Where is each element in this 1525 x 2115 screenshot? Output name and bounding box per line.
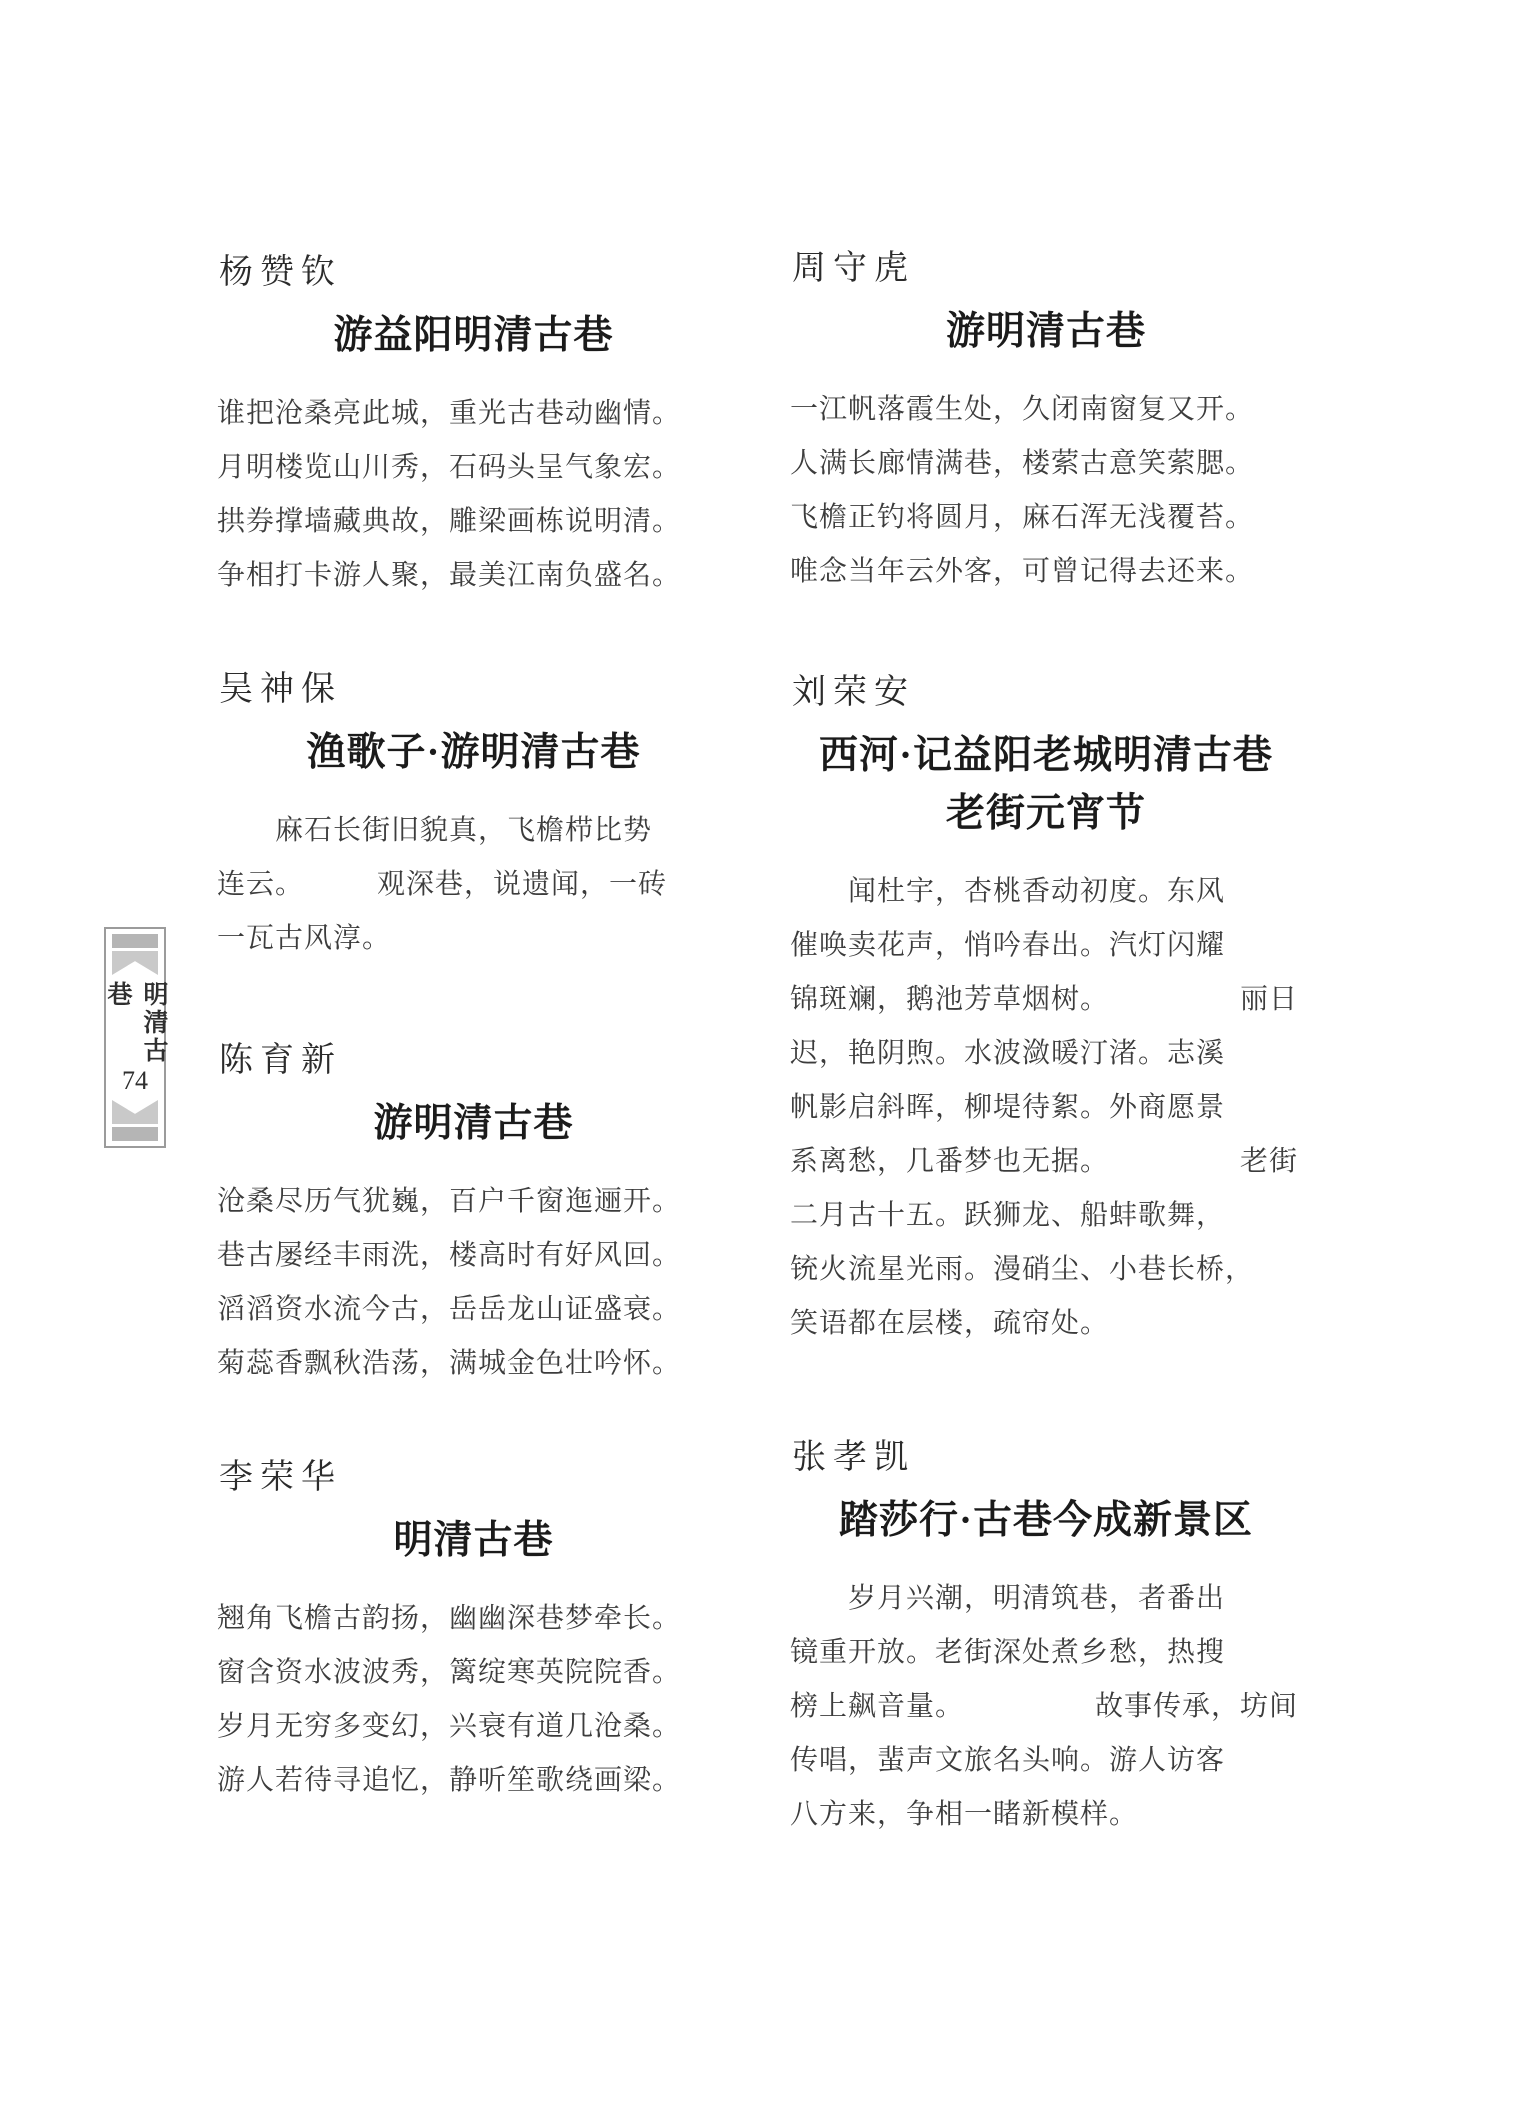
poem-line: 传唱，蜚声文旅名头响。游人访客 xyxy=(790,1734,1302,1788)
poem-title: 西河·记益阳老城明清古巷 xyxy=(790,731,1302,781)
poem-line: 人满长廊情满巷，楼萦古意笑萦腮。 xyxy=(790,437,1302,491)
tab-top-bar xyxy=(112,934,158,948)
poem-line: 岁月无穷多变幻，兴衰有道几沧桑。 xyxy=(217,1700,730,1754)
poem-line: 连云。 观深巷，说遗闻，一砖 xyxy=(217,858,730,912)
poem-body: 岁月兴潮，明清筑巷，者番出 镜重开放。老街深处煮乡愁，热搜 榜上飙音量。 故事传… xyxy=(790,1572,1302,1842)
tab-top-ribbon xyxy=(112,951,158,975)
poem-body: 谁把沧桑亮此城，重光古巷动幽情。 月明楼览山川秀，石码头呈气象宏。 拱券撑墙藏典… xyxy=(217,387,730,603)
tab-bottom-bar xyxy=(112,1127,158,1141)
poem-yangzanqin: 杨赞钦 游益阳明清古巷 谁把沧桑亮此城，重光古巷动幽情。 月明楼览山川秀，石码头… xyxy=(217,253,730,603)
poem-zhangxiaokai: 张孝凯 踏莎行·古巷今成新景区 岁月兴潮，明清筑巷，者番出 镜重开放。老街深处煮… xyxy=(790,1438,1302,1842)
poem-line: 岁月兴潮，明清筑巷，者番出 xyxy=(790,1572,1302,1626)
poem-line: 八方来，争相一睹新模样。 xyxy=(790,1788,1302,1842)
poem-line: 游人若待寻追忆，静听笙歌绕画梁。 xyxy=(217,1754,730,1808)
poem-line: 一瓦古风淳。 xyxy=(217,912,730,966)
poem-wushenbao: 吴神保 渔歌子·游明清古巷 麻石长街旧貌真，飞檐栉比势 连云。 观深巷，说遗闻，… xyxy=(217,670,730,966)
poem-line: 笑语都在层楼，疏帘处。 xyxy=(790,1297,1302,1351)
poem-body: 翘角飞檐古韵扬，幽幽深巷梦牵长。 窗含资水波波秀，篱绽寒英院院香。 岁月无穷多变… xyxy=(217,1592,730,1808)
poem-author: 周守虎 xyxy=(792,249,1302,289)
poem-zhoushouhu: 周守虎 游明清古巷 一江帆落霞生处，久闭南窗复又开。 人满长廊情满巷，楼萦古意笑… xyxy=(790,249,1302,599)
poem-title: 踏莎行·古巷今成新景区 xyxy=(790,1496,1302,1546)
book-page: 明清古巷 74 杨赞钦 游益阳明清古巷 谁把沧桑亮此城，重光古巷动幽情。 月明楼… xyxy=(0,0,1525,2115)
poem-line: 镜重开放。老街深处煮乡愁，热搜 xyxy=(790,1626,1302,1680)
poem-line: 榜上飙音量。 故事传承，坊间 xyxy=(790,1680,1302,1734)
poem-line: 铳火流星光雨。漫硝尘、小巷长桥， xyxy=(790,1243,1302,1297)
poem-author: 刘荣安 xyxy=(792,673,1302,713)
poem-lironghua: 李荣华 明清古巷 翘角飞檐古韵扬，幽幽深巷梦牵长。 窗含资水波波秀，篱绽寒英院院… xyxy=(217,1458,730,1808)
poem-line: 迟，艳阴煦。水波潋暖汀渚。志溪 xyxy=(790,1027,1302,1081)
poem-line: 滔滔资水流今古，岳岳龙山证盛衰。 xyxy=(217,1283,730,1337)
poem-line: 帆影启斜晖，柳堤待絮。外商愿景 xyxy=(790,1081,1302,1135)
poem-author: 张孝凯 xyxy=(792,1438,1302,1478)
poem-body: 沧桑尽历气犹巍，百户千窗迤逦开。 巷古屡经丰雨洗，楼高时有好风回。 滔滔资水流今… xyxy=(217,1175,730,1391)
poem-line: 锦斑斓，鹅池芳草烟树。 丽日 xyxy=(790,973,1302,1027)
poem-body: 闻杜宇，杏桃香动初度。东风 催唤卖花声，悄吟春出。汽灯闪耀 锦斑斓，鹅池芳草烟树… xyxy=(790,865,1302,1351)
poem-author: 陈育新 xyxy=(219,1041,730,1081)
poem-liurongan: 刘荣安 西河·记益阳老城明清古巷 老街元宵节 闻杜宇，杏桃香动初度。东风 催唤卖… xyxy=(790,673,1302,1351)
poem-body: 麻石长街旧貌真，飞檐栉比势 连云。 观深巷，说遗闻，一砖 一瓦古风淳。 xyxy=(217,804,730,966)
poem-line: 沧桑尽历气犹巍，百户千窗迤逦开。 xyxy=(217,1175,730,1229)
poem-line: 月明楼览山川秀，石码头呈气象宏。 xyxy=(217,441,730,495)
poem-author: 杨赞钦 xyxy=(219,253,730,293)
poem-line: 二月古十五。跃狮龙、船蚌歌舞， xyxy=(790,1189,1302,1243)
poem-author: 吴神保 xyxy=(219,670,730,710)
poem-line: 窗含资水波波秀，篱绽寒英院院香。 xyxy=(217,1646,730,1700)
poem-line: 唯念当年云外客，可曾记得去还来。 xyxy=(790,545,1302,599)
poem-line: 菊蕊香飘秋浩荡，满城金色壮吟怀。 xyxy=(217,1337,730,1391)
poem-title: 游明清古巷 xyxy=(790,307,1302,357)
poem-line: 争相打卡游人聚，最美江南负盛名。 xyxy=(217,549,730,603)
poem-line: 飞檐正钓将圆月，麻石浑无浅覆苔。 xyxy=(790,491,1302,545)
poem-line: 巷古屡经丰雨洗，楼高时有好风回。 xyxy=(217,1229,730,1283)
poem-line: 谁把沧桑亮此城，重光古巷动幽情。 xyxy=(217,387,730,441)
poem-title: 游明清古巷 xyxy=(217,1099,730,1149)
poem-title-line2: 老街元宵节 xyxy=(790,789,1302,839)
poem-title: 渔歌子·游明清古巷 xyxy=(217,728,730,778)
poem-line: 催唤卖花声，悄吟春出。汽灯闪耀 xyxy=(790,919,1302,973)
section-title-vertical: 明清古巷 xyxy=(99,981,171,1066)
poem-body: 一江帆落霞生处，久闭南窗复又开。 人满长廊情满巷，楼萦古意笑萦腮。 飞檐正钓将圆… xyxy=(790,383,1302,599)
poem-title: 游益阳明清古巷 xyxy=(217,311,730,361)
tab-bottom-ribbon xyxy=(112,1100,158,1124)
margin-tab: 明清古巷 74 xyxy=(104,927,166,1148)
poem-author: 李荣华 xyxy=(219,1458,730,1498)
poem-line: 拱券撑墙藏典故，雕梁画栋说明清。 xyxy=(217,495,730,549)
poem-title: 明清古巷 xyxy=(217,1516,730,1566)
poem-chenyuxin: 陈育新 游明清古巷 沧桑尽历气犹巍，百户千窗迤逦开。 巷古屡经丰雨洗，楼高时有好… xyxy=(217,1041,730,1391)
poem-line: 一江帆落霞生处，久闭南窗复又开。 xyxy=(790,383,1302,437)
poem-line: 系离愁，几番梦也无据。 老街 xyxy=(790,1135,1302,1189)
page-number: 74 xyxy=(122,1066,148,1096)
poem-line: 翘角飞檐古韵扬，幽幽深巷梦牵长。 xyxy=(217,1592,730,1646)
poem-line: 闻杜宇，杏桃香动初度。东风 xyxy=(790,865,1302,919)
poem-line: 麻石长街旧貌真，飞檐栉比势 xyxy=(217,804,730,858)
